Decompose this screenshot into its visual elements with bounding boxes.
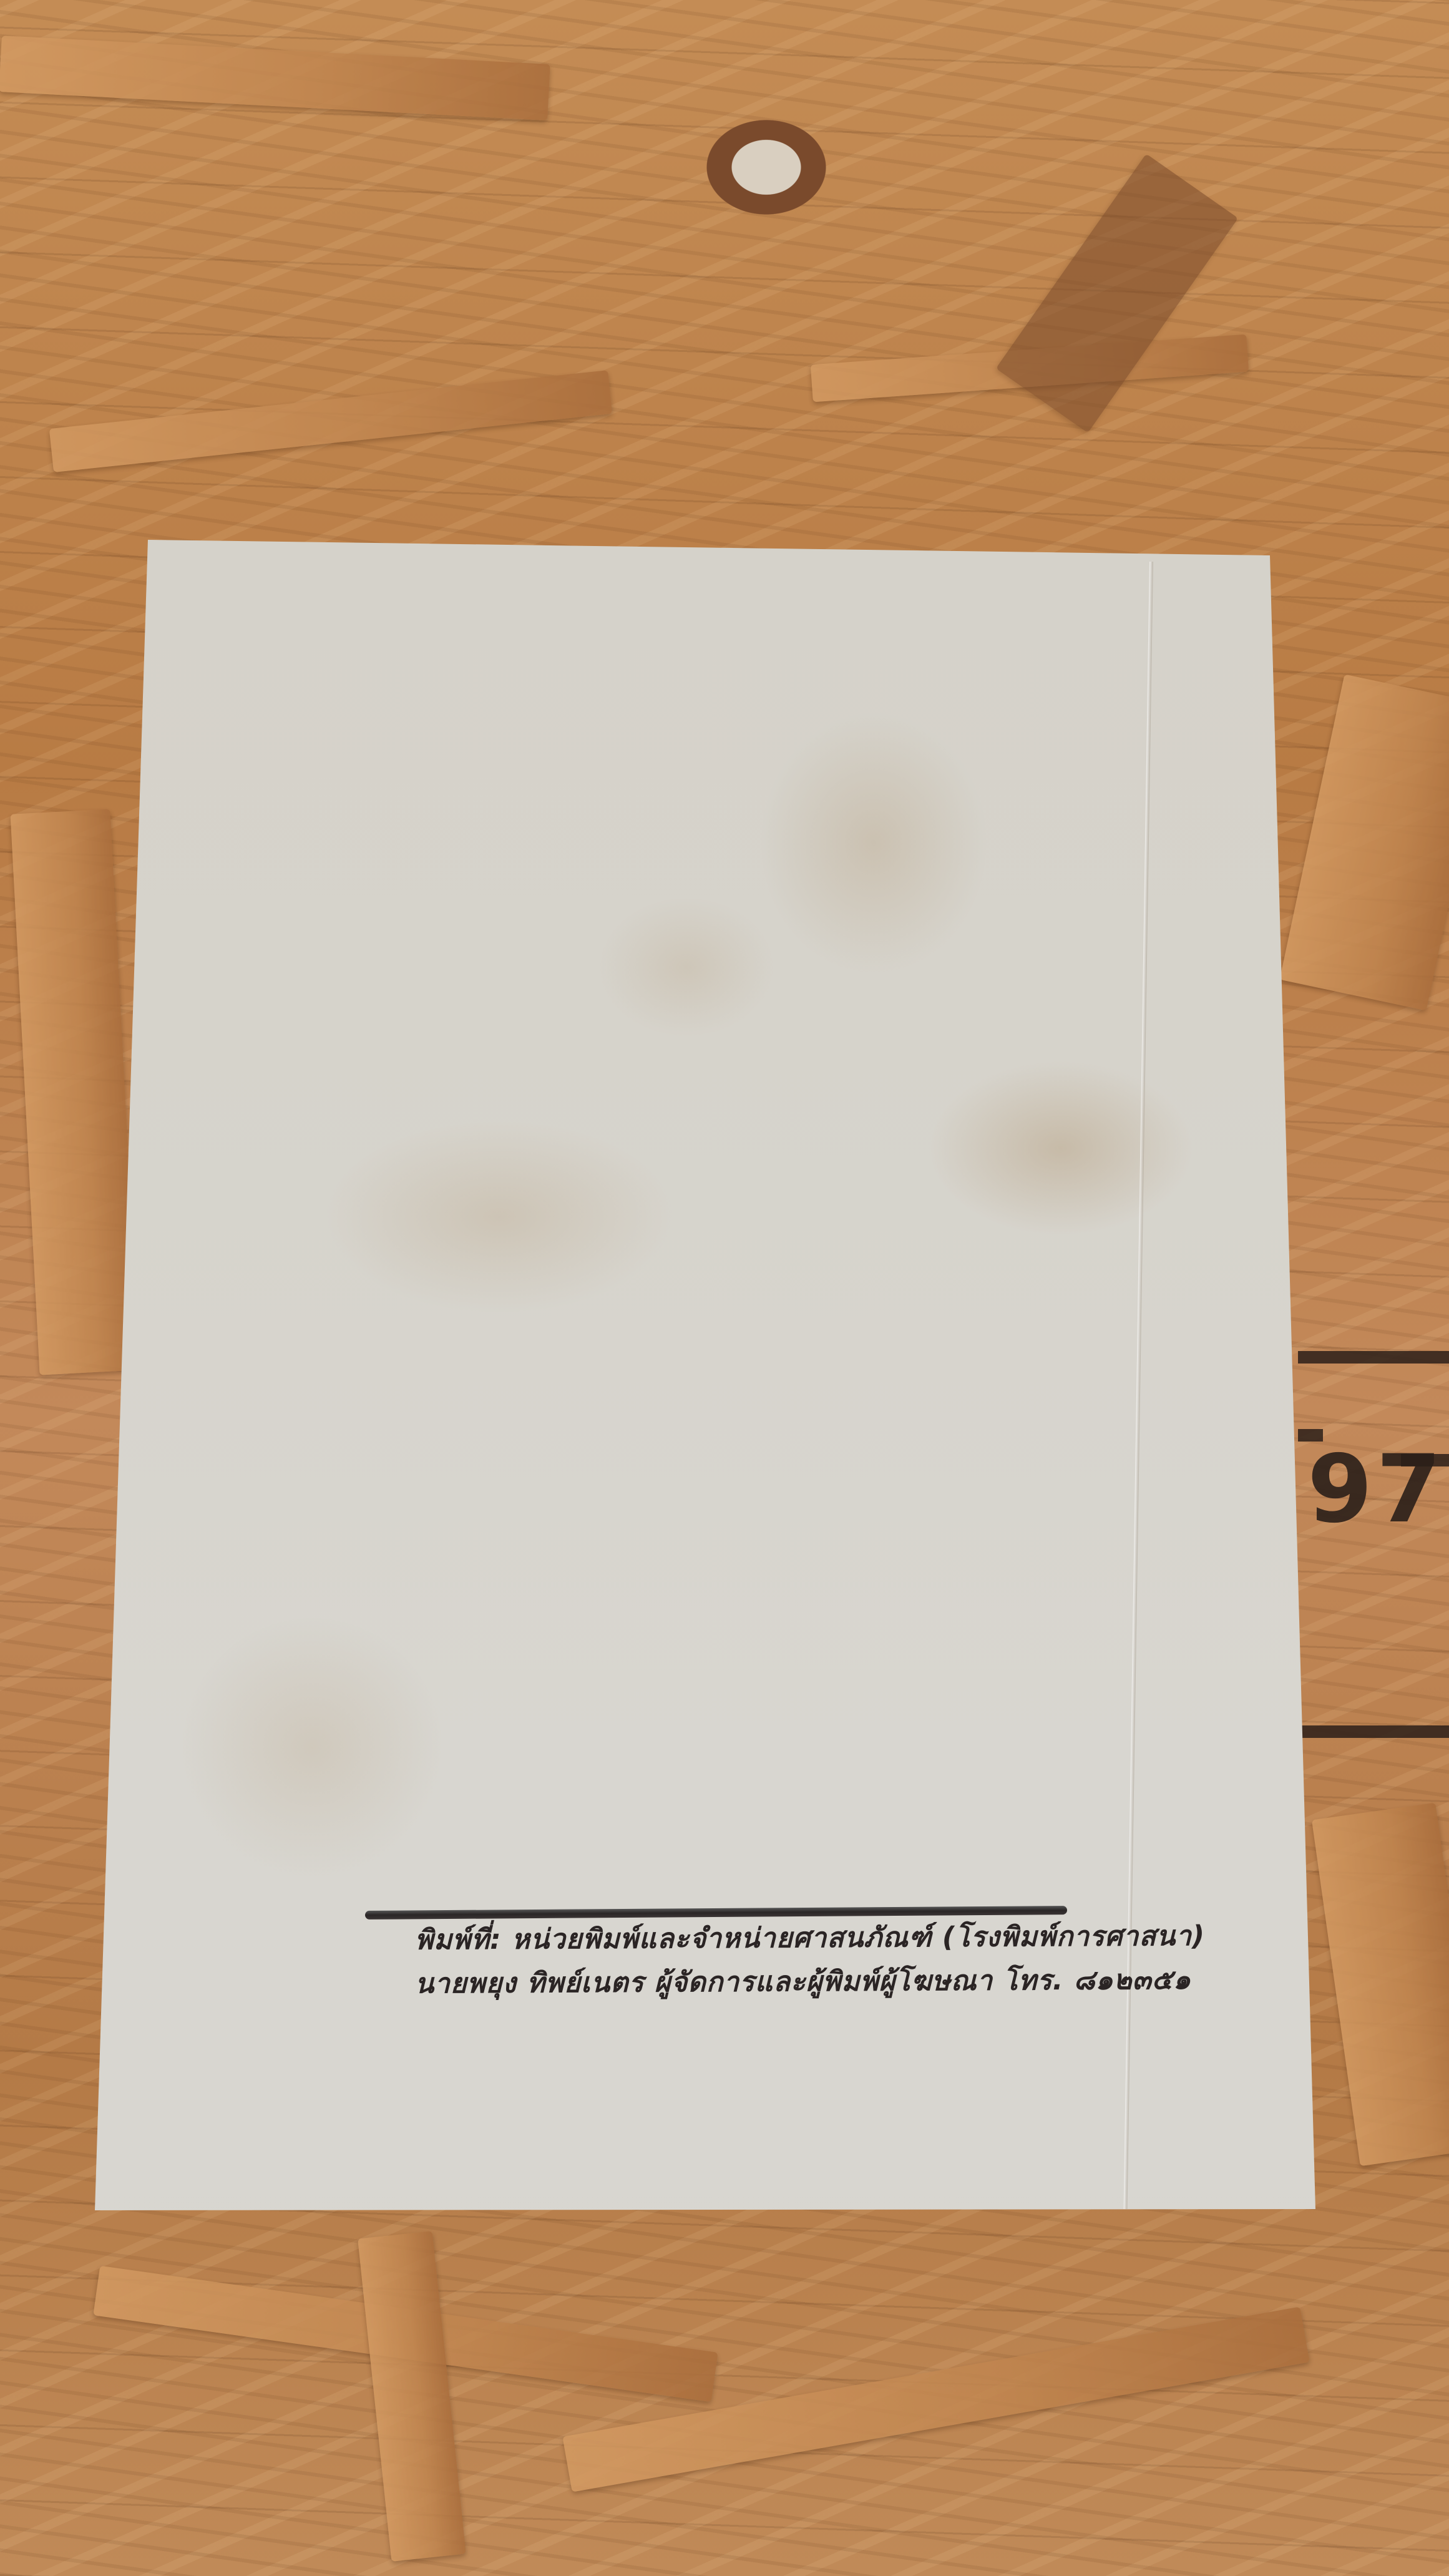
stencil-number: 97 xyxy=(1307,1435,1445,1544)
stencil-bar xyxy=(1301,1725,1449,1738)
wood-chip xyxy=(996,154,1238,432)
wood-chip xyxy=(0,36,550,120)
wood-chip xyxy=(358,2231,466,2562)
stencil-bar xyxy=(1298,1351,1449,1364)
wood-chip xyxy=(1280,675,1449,1011)
wood-chip xyxy=(49,370,612,472)
wood-chip xyxy=(11,809,140,1375)
wood-chip xyxy=(1312,1803,1449,2166)
wood-chip xyxy=(562,2306,1309,2492)
